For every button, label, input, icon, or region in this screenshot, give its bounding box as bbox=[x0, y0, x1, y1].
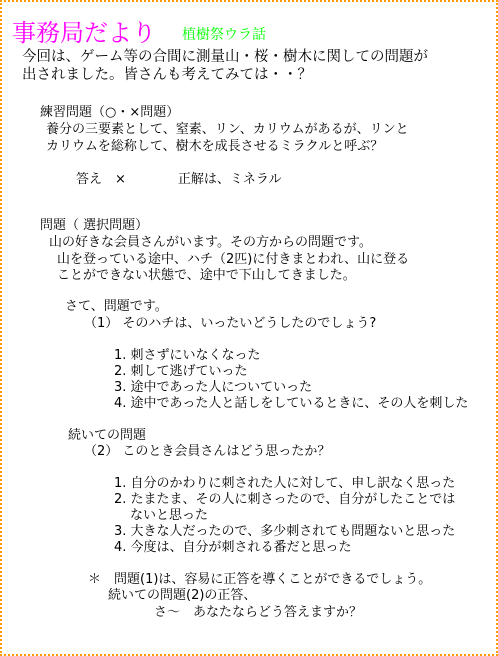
note-line-3: さ～ あなたならどう答えますか？ bbox=[154, 605, 362, 621]
q1-option-3: 3. 途中であった人についていった bbox=[114, 380, 312, 396]
q2-option-1: 1. 自分のかわりに刺された人に対して、申し訳なく思った bbox=[114, 476, 455, 492]
question-1: （1） そのハチは、いったいどうしたのでしょう? bbox=[84, 316, 376, 332]
page-title: 事務局だより bbox=[12, 18, 156, 48]
followup-heading: 続いての問題 bbox=[68, 428, 146, 444]
q2-option-4: 4. 今度は、自分が刺される番だと思った bbox=[114, 540, 352, 556]
q2-option-2: 2. たまたま、その人に刺さったので、自分がしたことでは bbox=[114, 492, 455, 508]
question-intro: さて、問題です。 bbox=[65, 299, 168, 315]
page-subtitle: 植樹祭ウラ話 bbox=[182, 26, 266, 44]
q2-option-3: 3. 大きな人だったので、多少刺されても問題ないと思った bbox=[114, 524, 455, 540]
question-2: （2） このとき会員さんはどう思ったか？ bbox=[84, 444, 330, 460]
question-heading: 問題（ 選択問題） bbox=[40, 218, 148, 234]
note-line-1: ＊ 問題(1)は、容易に正答を導くことができるでしょう。 bbox=[88, 572, 431, 588]
intro-line-1: 今回は、ゲーム等の合間に測量山・桜・樹木に関しての問題が bbox=[22, 48, 428, 66]
practice-line-2: カリウムを総称して、樹木を成長させるミラクルと呼ぶ？ bbox=[46, 139, 383, 155]
note-line-2: 続いての問題(2)の正答、 bbox=[108, 588, 256, 604]
intro-line-2: 出されました。皆さんも考えてみては・・？ bbox=[22, 66, 312, 84]
question-line-1: 山の好きな会員さんがいます。その方からの問題です。 bbox=[49, 235, 372, 251]
q1-option-1: 1. 刺さずにいなくなった bbox=[114, 348, 261, 364]
practice-answer: 答え × 正解は、ミネラル bbox=[76, 172, 282, 188]
q2-option-2-cont: ないと思った bbox=[130, 508, 208, 524]
page-frame: 事務局だより 植樹祭ウラ話 今回は、ゲーム等の合間に測量山・桜・樹木に関しての問… bbox=[0, 0, 498, 656]
question-line-3: ことができない状態で、途中で下山してきました。 bbox=[57, 268, 356, 284]
q1-option-4: 4. 途中であった人と話しをしているときに、その人を刺した bbox=[114, 396, 468, 412]
practice-line-1: 養分の三要素として、窒素、リン、カリウムがあるが、リンと bbox=[46, 122, 409, 138]
question-line-2: 山を登っている途中、ハチ（2匹)に付きまとわれ、山に登る bbox=[57, 252, 409, 268]
practice-heading: 練習問題（○・×問題） bbox=[40, 105, 179, 121]
q1-option-2: 2. 刺して逃げていった bbox=[114, 364, 248, 380]
